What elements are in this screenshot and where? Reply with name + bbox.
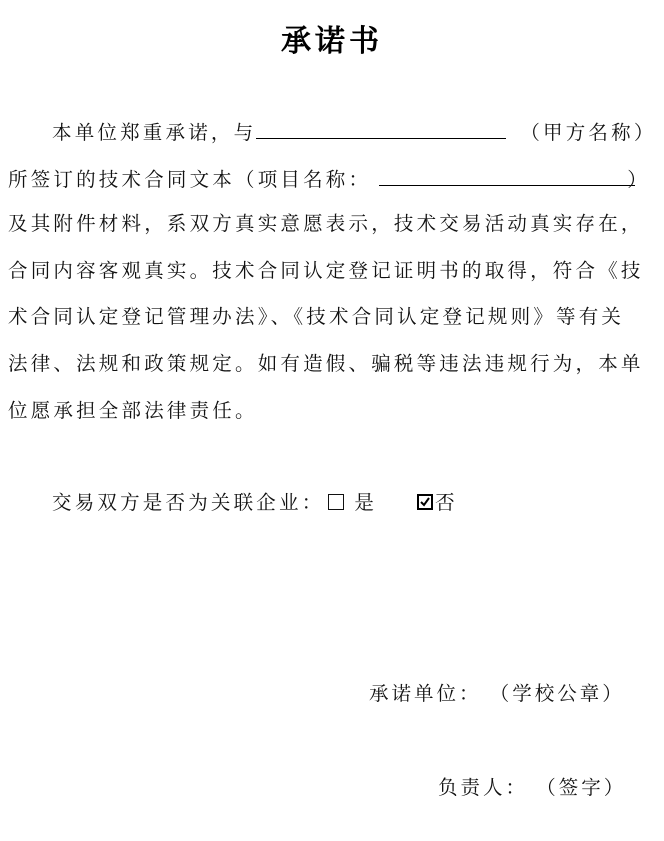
signature-person: 负责人：（签字） xyxy=(438,772,626,800)
paragraph-line-4: 合同内容客观真实。技术合同认定登记证明书的取得，符合《技 xyxy=(8,258,644,284)
checkmark-icon xyxy=(419,496,431,508)
signature-unit-label: 承诺单位： xyxy=(369,682,482,705)
paragraph-line-5: 术合同认定登记管理办法》、《技术合同认定登记规则》等有关 xyxy=(8,304,624,330)
related-enterprise-label: 交易双方是否为关联企业： xyxy=(52,491,324,514)
project-name-blank[interactable] xyxy=(379,165,635,186)
line2-suffix: ） xyxy=(627,168,650,191)
line2-prefix: 所签订的技术合同文本（项目名称： xyxy=(8,168,371,191)
signature-person-hint: （签字） xyxy=(546,776,626,799)
option-yes-label: 是 xyxy=(354,491,377,514)
option-no-label: 否 xyxy=(435,491,458,514)
line1-prefix: 本单位郑重承诺，与 xyxy=(52,121,256,144)
checkbox-no[interactable] xyxy=(417,494,433,510)
paragraph-line-2: 所签订的技术合同文本（项目名称：） xyxy=(8,165,650,193)
checkbox-yes[interactable] xyxy=(328,494,344,510)
party-a-name-blank[interactable] xyxy=(256,118,506,139)
paragraph-line-1: 本单位郑重承诺，与（甲方名称） xyxy=(52,118,657,146)
party-a-name-label: （甲方名称） xyxy=(520,121,656,144)
signature-unit-hint: （学校公章） xyxy=(500,682,625,705)
signature-person-label: 负责人： xyxy=(438,776,528,799)
paragraph-line-6: 法律、法规和政策规定。如有造假、骗税等违法违规行为，本单 xyxy=(8,351,644,377)
signature-unit: 承诺单位：（学校公章） xyxy=(369,678,625,706)
paragraph-line-3: 及其附件材料，系双方真实意愿表示，技术交易活动真实存在， xyxy=(8,211,644,237)
paragraph-line-7: 位愿承担全部法律责任。 xyxy=(8,398,258,424)
document-title: 承诺书 xyxy=(0,16,664,60)
related-enterprise-question: 交易双方是否为关联企业：是否 xyxy=(52,490,458,516)
